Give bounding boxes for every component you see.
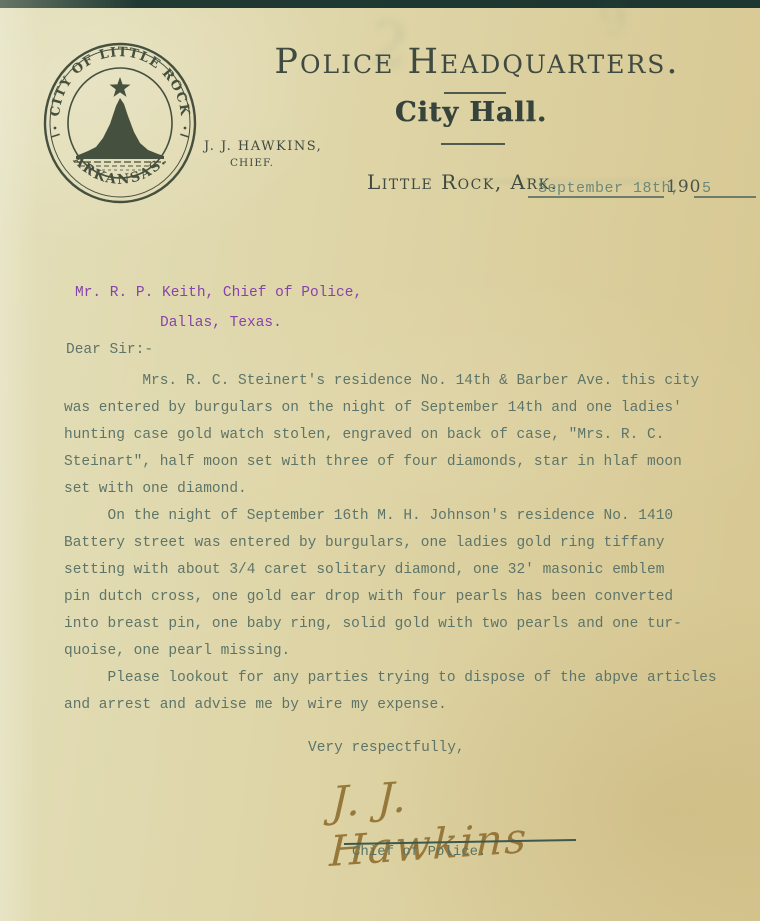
city-seal-graphic: CITY OF LITTLE ROCK ARKANSAS. [40,40,200,206]
body-line: Steinart", half moon set with three of f… [64,449,744,476]
typed-year-digit: 5 [702,180,711,197]
recipient-line-1: Mr. R. P. Keith, Chief of Police, [75,285,362,301]
body-line: setting with about 3/4 caret solitary di… [64,557,744,584]
scan-edge-band [0,0,760,8]
body-line: hunting case gold watch stolen, engraved… [64,422,744,449]
body-line: quoise, one pearl missing. [64,638,744,665]
signature-title: Chief of Police. [352,844,486,860]
body-line: was entered by burgulars on the night of… [64,395,744,422]
letterhead-title: Police Headquarters. [194,42,760,82]
printed-year: 190 [666,177,701,197]
chief-name: J. J. HAWKINS, [204,139,322,154]
city-seal: CITY OF LITTLE ROCK ARKANSAS. [40,40,200,206]
body-line: pin dutch cross, one gold ear drop with … [64,584,744,611]
body-line: and arrest and advise me by wire my expe… [64,692,744,719]
mountain-icon [76,98,164,159]
closing-line: Very respectfully, [308,740,465,756]
body-line: Mrs. R. C. Steinert's residence No. 14th… [64,368,744,395]
letter-scan-page: 2 9 CITY OF LITTLE ROCK ARKANSAS. [0,0,760,921]
divider-rule [441,143,505,145]
letterhead-subtitle: City Hall. [371,97,571,128]
star-icon [110,77,131,97]
recipient-line-2: Dallas, Texas. [160,315,282,331]
salutation: Dear Sir:- [66,342,153,358]
typed-date: September 18th, [538,180,681,197]
chief-title: CHIEF. [204,157,300,169]
body-line: Please lookout for any parties trying to… [64,665,744,692]
place-line: Little Rock, Ark. [367,170,558,194]
divider-rule [444,92,506,94]
body-line: Battery street was entered by burgulars,… [64,530,744,557]
body-line: On the night of September 16th M. H. Joh… [64,503,744,530]
body-line: into breast pin, one baby ring, solid go… [64,611,744,638]
body-line: set with one diamond. [64,476,744,503]
letter-body: Mrs. R. C. Steinert's residence No. 14th… [64,368,744,719]
